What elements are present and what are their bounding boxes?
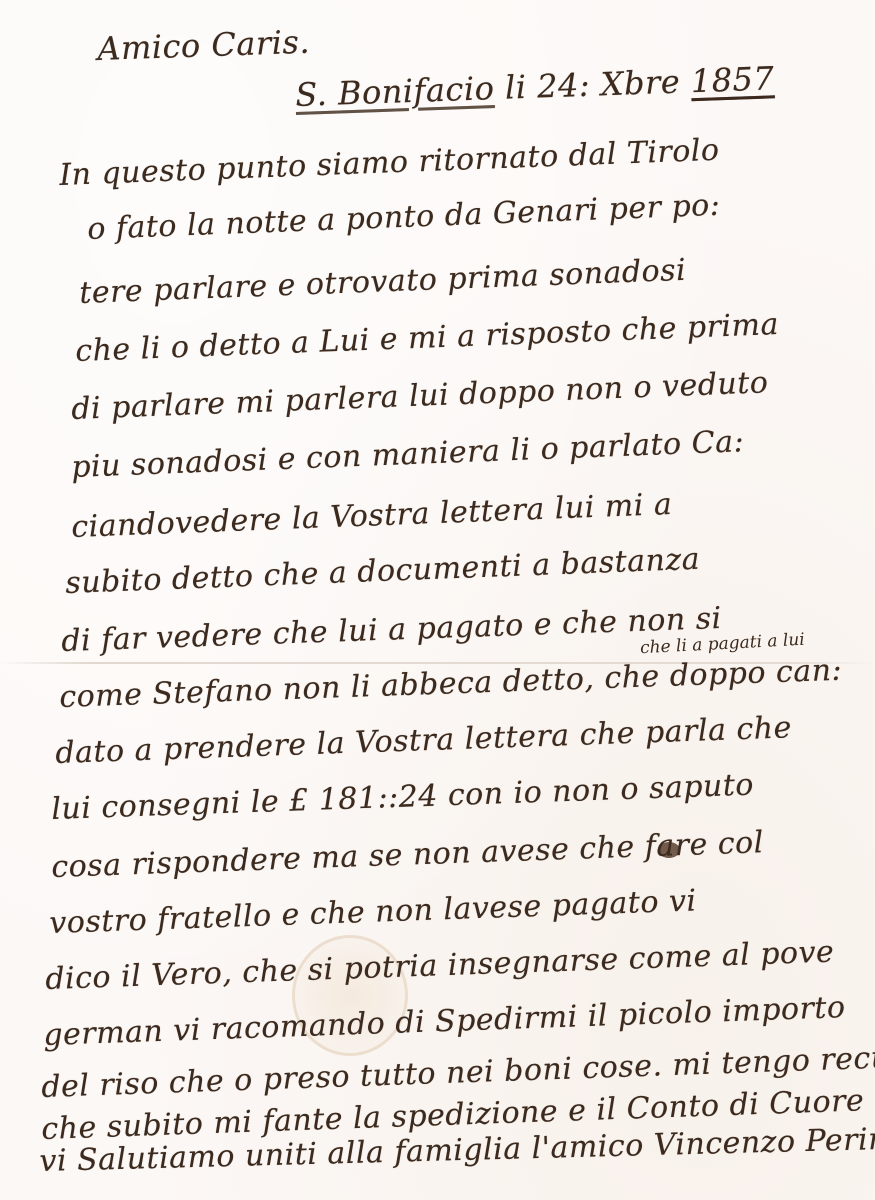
salutation: Amico Caris. (97, 23, 311, 68)
year: 1857 (690, 59, 775, 100)
place: S. Bonifacio (295, 69, 495, 114)
date: li 24: Xbre (504, 63, 681, 107)
